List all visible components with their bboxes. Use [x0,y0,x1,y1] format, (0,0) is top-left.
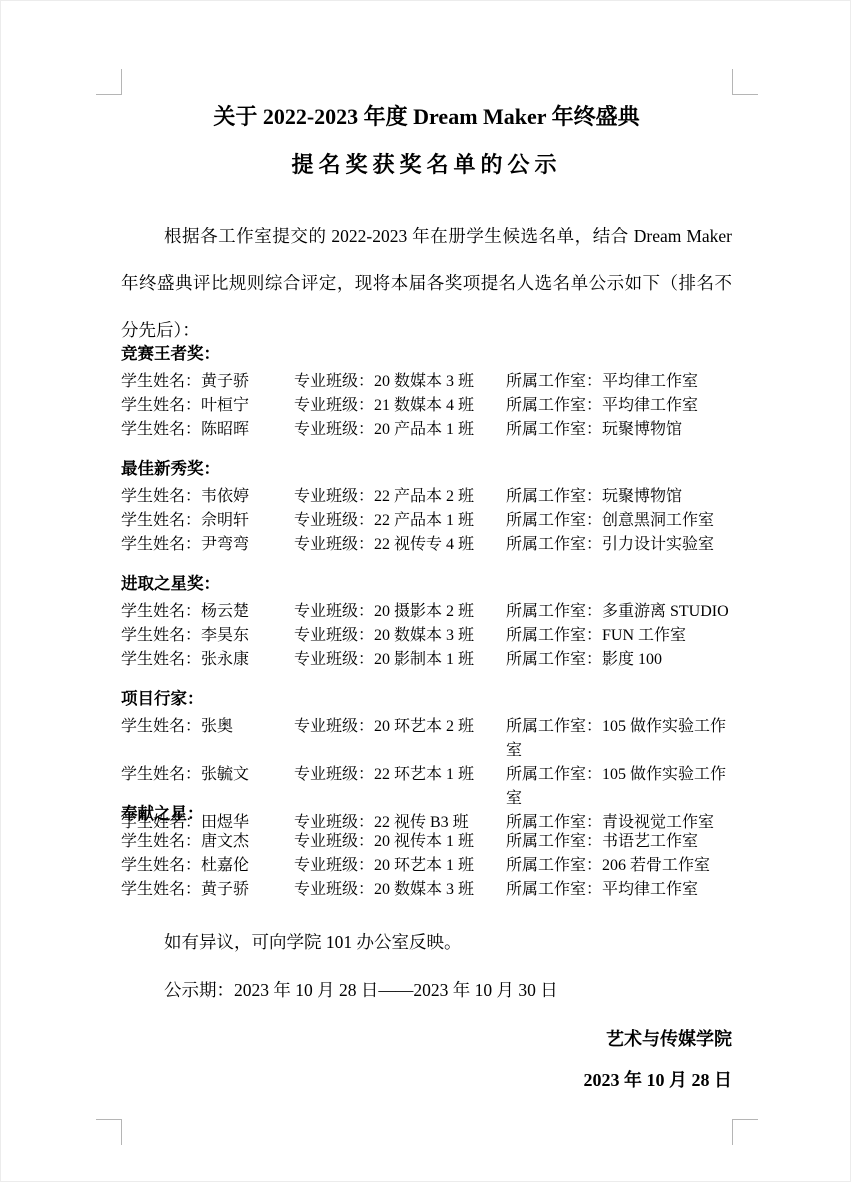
studio-cell: 所属工作室：FUN 工作室 [506,624,732,648]
student-name-cell: 学生姓名：佘明轩 [121,509,294,533]
student-name-cell: 学生姓名：张奥 [121,715,294,763]
winner-row: 学生姓名：韦依婷 专业班级：22 产品本 2 班 所属工作室：玩聚博物馆 [121,485,732,509]
award-section-competition-king: 竞赛王者奖： 学生姓名：黄子骄 专业班级：20 数媒本 3 班 所属工作室：平均… [121,344,732,442]
studio-cell: 所属工作室：引力设计实验室 [506,533,732,557]
studio-cell: 所属工作室：书语艺工作室 [506,830,732,854]
text-boundary-mark-bottom-right [732,1119,758,1145]
studio-cell: 所属工作室：多重游离 STUDIO [506,600,732,624]
class-cell: 专业班级：21 数媒本 4 班 [294,394,506,418]
student-name-cell: 学生姓名：韦依婷 [121,485,294,509]
student-name-cell: 学生姓名：杜嘉伦 [121,854,294,878]
winner-row: 学生姓名：杜嘉伦 专业班级：20 环艺本 1 班 所属工作室：206 若骨工作室 [121,854,732,878]
award-section-title: 奉献之星： [121,804,732,824]
class-cell: 专业班级：20 环艺本 1 班 [294,854,506,878]
student-name-cell: 学生姓名：黄子骄 [121,370,294,394]
class-cell: 专业班级：20 视传本 1 班 [294,830,506,854]
award-section-progress-star: 进取之星奖： 学生姓名：杨云楚 专业班级：20 摄影本 2 班 所属工作室：多重… [121,574,732,672]
student-name-cell: 学生姓名：尹弯弯 [121,533,294,557]
award-section-title: 项目行家： [121,689,732,709]
student-name-cell: 学生姓名：陈昭晖 [121,418,294,442]
studio-cell: 所属工作室：创意黑洞工作室 [506,509,732,533]
award-section-dedication-star: 奉献之星： 学生姓名：唐文杰 专业班级：20 视传本 1 班 所属工作室：书语艺… [121,804,732,902]
winner-row: 学生姓名：张永康 专业班级：20 影制本 1 班 所属工作室：影度 100 [121,648,732,672]
document-page: 关于 2022-2023 年度 Dream Maker 年终盛典 提名奖获奖名单… [0,0,851,1182]
winner-row: 学生姓名：叶桓宁 专业班级：21 数媒本 4 班 所属工作室：平均律工作室 [121,394,732,418]
student-name-cell: 学生姓名：唐文杰 [121,830,294,854]
objection-line: 如有异议，可向学院 101 办公室反映。 [121,931,775,953]
studio-cell: 所属工作室：平均律工作室 [506,394,732,418]
studio-cell: 所属工作室：影度 100 [506,648,732,672]
signature-line: 艺术与传媒学院 [121,1028,750,1050]
class-cell: 专业班级：20 环艺本 2 班 [294,715,506,763]
award-section-title: 竞赛王者奖： [121,344,732,364]
winner-row: 学生姓名：黄子骄 专业班级：20 数媒本 3 班 所属工作室：平均律工作室 [121,370,732,394]
text-boundary-mark-top-left [96,69,122,95]
studio-cell: 所属工作室：平均律工作室 [506,878,732,902]
winner-row: 学生姓名：陈昭晖 专业班级：20 产品本 1 班 所属工作室：玩聚博物馆 [121,418,732,442]
student-name-cell: 学生姓名：杨云楚 [121,600,294,624]
studio-cell: 所属工作室：玩聚博物馆 [506,485,732,509]
studio-cell: 所属工作室：105 做作实验工作室 [506,715,732,763]
document-title-line-1: 关于 2022-2023 年度 Dream Maker 年终盛典 [121,103,732,131]
student-name-cell: 学生姓名：张永康 [121,648,294,672]
studio-cell: 所属工作室：206 若骨工作室 [506,854,732,878]
award-section-title: 进取之星奖： [121,574,732,594]
award-section-title: 最佳新秀奖： [121,459,732,479]
class-cell: 专业班级：20 数媒本 3 班 [294,370,506,394]
text-boundary-mark-top-right [732,69,758,95]
winner-row: 学生姓名：尹弯弯 专业班级：22 视传专 4 班 所属工作室：引力设计实验室 [121,533,732,557]
class-cell: 专业班级：20 产品本 1 班 [294,418,506,442]
student-name-cell: 学生姓名：李昊东 [121,624,294,648]
intro-paragraph: 根据各工作室提交的 2022-2023 年在册学生候选名单，结合 Dream M… [121,213,732,354]
class-cell: 专业班级：22 视传专 4 班 [294,533,506,557]
publicity-period-line: 公示期：2023 年 10 月 28 日——2023 年 10 月 30 日 [121,979,775,1001]
studio-cell: 所属工作室：平均律工作室 [506,370,732,394]
class-cell: 专业班级：20 数媒本 3 班 [294,878,506,902]
winner-row: 学生姓名：唐文杰 专业班级：20 视传本 1 班 所属工作室：书语艺工作室 [121,830,732,854]
studio-cell: 所属工作室：玩聚博物馆 [506,418,732,442]
winner-row: 学生姓名：杨云楚 专业班级：20 摄影本 2 班 所属工作室：多重游离 STUD… [121,600,732,624]
class-cell: 专业班级：20 影制本 1 班 [294,648,506,672]
winner-row: 学生姓名：李昊东 专业班级：20 数媒本 3 班 所属工作室：FUN 工作室 [121,624,732,648]
student-name-cell: 学生姓名：叶桓宁 [121,394,294,418]
winner-row: 学生姓名：黄子骄 专业班级：20 数媒本 3 班 所属工作室：平均律工作室 [121,878,732,902]
class-cell: 专业班级：22 产品本 2 班 [294,485,506,509]
winner-row: 学生姓名：佘明轩 专业班级：22 产品本 1 班 所属工作室：创意黑洞工作室 [121,509,732,533]
document-title-line-2: 提名奖获奖名单的公示 [121,151,732,179]
student-name-cell: 学生姓名：黄子骄 [121,878,294,902]
class-cell: 专业班级：22 产品本 1 班 [294,509,506,533]
class-cell: 专业班级：20 摄影本 2 班 [294,600,506,624]
text-boundary-mark-bottom-left [96,1119,122,1145]
class-cell: 专业班级：20 数媒本 3 班 [294,624,506,648]
winner-row: 学生姓名：张奥 专业班级：20 环艺本 2 班 所属工作室：105 做作实验工作… [121,715,732,763]
signature-date-line: 2023 年 10 月 28 日 [121,1069,732,1091]
award-section-best-newcomer: 最佳新秀奖： 学生姓名：韦依婷 专业班级：22 产品本 2 班 所属工作室：玩聚… [121,459,732,557]
